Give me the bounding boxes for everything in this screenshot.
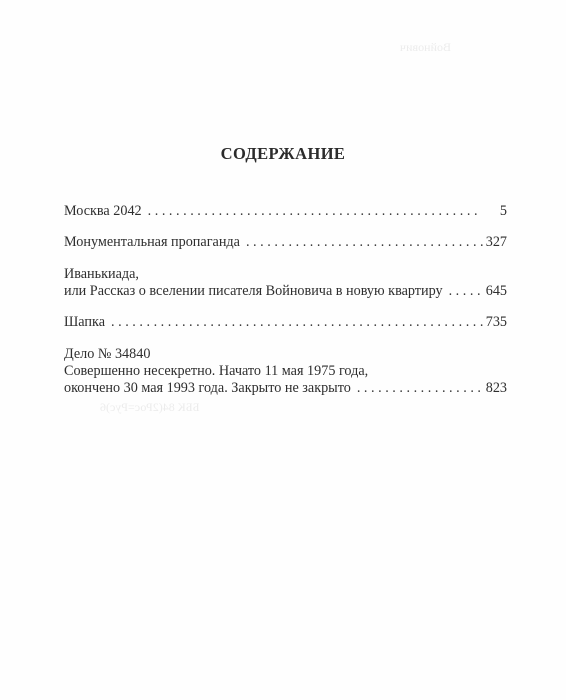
dot-leader <box>357 380 484 397</box>
dot-leader <box>449 283 484 300</box>
entry-title: Монументальная пропаганда <box>64 234 240 251</box>
dot-leader <box>246 234 484 251</box>
page-number: 823 <box>486 380 507 397</box>
book-page: Войнович ББК 84(2Рос=Рус)6 СОДЕРЖАНИЕ Мо… <box>0 0 566 700</box>
page-number: 5 <box>481 203 507 220</box>
entry-title: Шапка <box>64 314 105 331</box>
table-of-contents: Москва 2042 5 Монументальная пропаганда … <box>64 203 507 410</box>
page-number: 645 <box>486 283 507 300</box>
dot-leader <box>148 203 479 220</box>
entry-title: или Рассказ о вселении писателя Войнович… <box>64 283 443 300</box>
page-number: 735 <box>486 314 507 331</box>
show-through-text: Войнович <box>400 40 451 55</box>
entry-title-line: Совершенно несекретно. Начато 11 мая 197… <box>64 363 507 380</box>
toc-entry[interactable]: Иванькиада, или Рассказ о вселении писат… <box>64 266 507 300</box>
entry-title: Москва 2042 <box>64 203 142 220</box>
dot-leader <box>111 314 484 331</box>
entry-title-line: Дело № 34840 <box>64 346 507 363</box>
toc-entry[interactable]: Монументальная пропаганда 327 <box>64 234 507 251</box>
toc-entry[interactable]: Дело № 34840 Совершенно несекретно. Нача… <box>64 346 507 397</box>
toc-title: СОДЕРЖАНИЕ <box>0 144 566 164</box>
page-number: 327 <box>486 234 507 251</box>
toc-entry[interactable]: Москва 2042 5 <box>64 203 507 220</box>
entry-title-line: Иванькиада, <box>64 266 507 283</box>
toc-entry[interactable]: Шапка 735 <box>64 314 507 331</box>
entry-title: окончено 30 мая 1993 года. Закрыто не за… <box>64 380 351 397</box>
